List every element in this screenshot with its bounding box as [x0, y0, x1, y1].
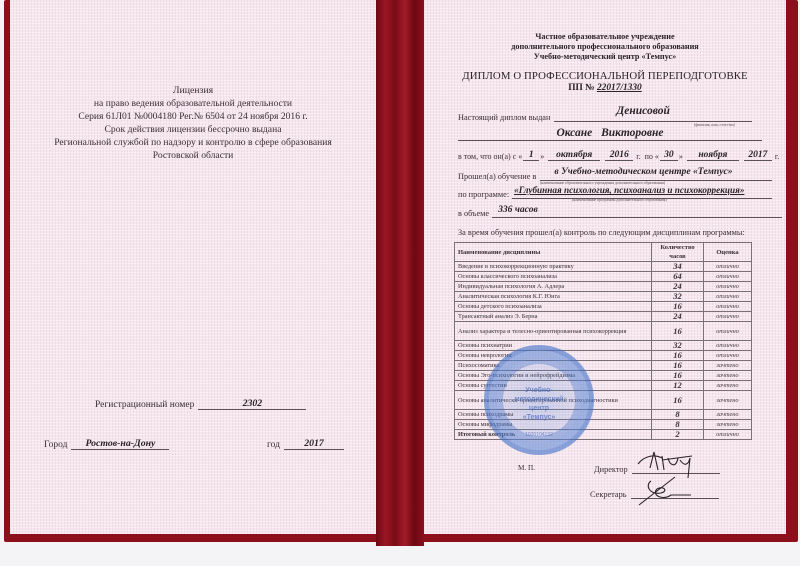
study-place-field: Прошел(а) обучение в в Учебно-методическ…	[458, 168, 772, 181]
city-field: Город Ростов-на-Дону	[44, 438, 169, 450]
table-row: Основы суггестии12зачтено	[455, 381, 752, 391]
diploma-number-value: 22017/1330	[597, 83, 642, 93]
cover-spine	[376, 0, 424, 546]
program-label: по программе:	[458, 190, 509, 199]
discipline-name: Психосоматика	[455, 361, 652, 371]
secretary-label: Секретарь	[590, 490, 627, 499]
table-row: Основы Эго-психологии и нейрофрейдизма16…	[455, 371, 752, 381]
discipline-hours: 34	[652, 262, 704, 272]
volume-value: 336 часов	[498, 204, 538, 215]
institution-line: дополнительного профессионального образо…	[424, 42, 786, 52]
license-info: Лицензия на право ведения образовательно…	[10, 84, 376, 162]
discipline-grade: отлично	[704, 292, 752, 302]
study-line: в Учебно-методическом центре «Темпус»	[540, 168, 772, 181]
to-year: 2017	[744, 150, 772, 161]
table-row: Трансактный анализ Э. Берна24отлично	[455, 312, 752, 322]
institution-line: Частное образовательное учреждение	[424, 32, 786, 42]
disciplines-table-body: Введение в психокоррекционную практику34…	[455, 262, 752, 440]
discipline-name: Аналитическая психология К.Г. Юнга	[455, 292, 652, 302]
diploma-title: ДИПЛОМ О ПРОФЕССИОНАЛЬНОЙ ПЕРЕПОДГОТОВКЕ	[424, 70, 786, 82]
registration-label: Регистрационный номер	[95, 400, 194, 410]
seal-place-label: М. П.	[518, 464, 535, 472]
diploma-number: ПП № 22017/1330	[424, 83, 786, 93]
discipline-grade: отлично	[704, 341, 752, 351]
director-label: Директор	[594, 465, 628, 474]
study-value: в Учебно-методическом центре «Темпус»	[554, 166, 732, 177]
secretary-signature-line	[631, 487, 719, 499]
secretary-signature-icon	[631, 471, 711, 507]
discipline-name: Индивидуальная психология А. Адлера	[455, 282, 652, 292]
discipline-hours: 24	[652, 312, 704, 322]
control-text: За время обучения прошел(а) контроль по …	[458, 228, 745, 237]
discipline-name: Основы аналитически-ориентированной псих…	[455, 391, 652, 410]
discipline-name: Основы детского психоанализа	[455, 302, 652, 312]
header-grade: Оценка	[704, 243, 752, 262]
discipline-grade: отлично	[704, 351, 752, 361]
table-row: Анализ характера и телесно-ориентированн…	[455, 322, 752, 341]
table-row: Основы мифодрамы8зачтено	[455, 420, 752, 430]
registration-number-field: Регистрационный номер 2302	[95, 398, 306, 410]
program-hint: (наименование программы дополнительного …	[572, 198, 667, 202]
discipline-name: Анализ характера и телесно-ориентированн…	[455, 322, 652, 341]
study-label: Прошел(а) обучение в	[458, 172, 536, 181]
table-header-row: Наименование дисциплины Количество часов…	[455, 243, 752, 262]
quote-close: »	[540, 152, 544, 161]
left-page: Лицензия на право ведения образовательно…	[10, 0, 376, 534]
discipline-name: Основы классического психоанализа	[455, 272, 652, 282]
to-prefix: по «	[645, 152, 659, 161]
study-dates: в том, что он(а) с « 1 » октября 2016 г.…	[458, 150, 779, 161]
table-row: Психосоматика16зачтено	[455, 361, 752, 371]
disciplines-table: Наименование дисциплины Количество часов…	[454, 242, 752, 440]
discipline-hours: 16	[652, 391, 704, 410]
discipline-name: Введение в психокоррекционную практику	[455, 262, 652, 272]
license-line: Срок действия лицензии бессрочно выдана	[10, 123, 376, 136]
discipline-grade: отлично	[704, 272, 752, 282]
year-label: год	[267, 440, 280, 450]
year-suffix: г.	[775, 152, 779, 161]
discipline-hours: 8	[652, 420, 704, 430]
discipline-name: Основы Эго-психологии и нейрофрейдизма	[455, 371, 652, 381]
table-row: Основы детского психоанализа16отлично	[455, 302, 752, 312]
institution-line: Учебно-методический центр «Темпус»	[424, 52, 786, 62]
discipline-name: Основы суггестии	[455, 381, 652, 391]
license-line: на право ведения образовательной деятель…	[10, 97, 376, 110]
discipline-hours: 32	[652, 341, 704, 351]
table-row: Основы классического психоанализа64отлич…	[455, 272, 752, 282]
table-row: Основы неврологии16отлично	[455, 351, 752, 361]
discipline-hours: 32	[652, 292, 704, 302]
discipline-grade: зачтено	[704, 420, 752, 430]
discipline-grade: зачтено	[704, 371, 752, 381]
table-row: Основы аналитически-ориентированной псих…	[455, 391, 752, 410]
discipline-grade: отлично	[704, 322, 752, 341]
license-title: Лицензия	[10, 84, 376, 97]
discipline-grade: зачтено	[704, 391, 752, 410]
license-line: Региональной службой по надзору и контро…	[10, 136, 376, 149]
header-discipline: Наименование дисциплины	[455, 243, 652, 262]
issued-line: Денисовой	[554, 108, 752, 122]
discipline-hours: 16	[652, 322, 704, 341]
surname-value: Денисовой	[616, 105, 669, 117]
discipline-hours: 16	[652, 351, 704, 361]
discipline-grade: зачтено	[704, 410, 752, 420]
discipline-hours: 24	[652, 282, 704, 292]
discipline-name: Основы мифодрамы	[455, 420, 652, 430]
discipline-grade: отлично	[704, 302, 752, 312]
year-value: 2017	[284, 438, 344, 450]
volume-field: в объеме 336 часов	[458, 205, 782, 218]
to-month: ноября	[687, 150, 739, 161]
from-month: октября	[548, 150, 600, 161]
given-names-field: Оксане Викторовне	[458, 125, 762, 141]
discipline-hours: 16	[652, 302, 704, 312]
table-row: Основы психодрамы8зачтено	[455, 410, 752, 420]
table-row: Индивидуальная психология А. Адлера24отл…	[455, 282, 752, 292]
discipline-name: Трансактный анализ Э. Берна	[455, 312, 652, 322]
right-page: Частное образовательное учреждение допол…	[424, 0, 786, 534]
to-day: 30	[660, 150, 678, 161]
volume-line: 336 часов	[492, 205, 782, 218]
secretary-signature-field: Секретарь	[590, 487, 719, 499]
from-year: 2016	[605, 150, 633, 161]
quote-close: »	[679, 152, 683, 161]
volume-label: в объеме	[458, 209, 489, 218]
table-row: Итоговый контроль2отлично	[455, 430, 752, 440]
program-value: «Глубинная психология, психоанализ и пси…	[514, 185, 744, 195]
discipline-hours: 64	[652, 272, 704, 282]
discipline-hours: 8	[652, 410, 704, 420]
issued-to-field: Настоящий диплом выдан Денисовой	[458, 108, 752, 122]
discipline-grade: отлично	[704, 282, 752, 292]
registration-value: 2302	[198, 398, 306, 410]
license-line: Ростовской области	[10, 149, 376, 162]
discipline-hours: 16	[652, 371, 704, 381]
discipline-grade: отлично	[704, 262, 752, 272]
given-names-value: Оксане Викторовне	[556, 127, 663, 139]
year-suffix: г.	[636, 152, 640, 161]
institution-header: Частное образовательное учреждение допол…	[424, 32, 786, 62]
discipline-name: Основы психиатрии	[455, 341, 652, 351]
table-row: Введение в психокоррекционную практику34…	[455, 262, 752, 272]
dates-prefix: в том, что он(а) с «	[458, 152, 522, 161]
discipline-hours: 12	[652, 381, 704, 391]
header-hours: Количество часов	[652, 243, 704, 262]
city-label: Город	[44, 440, 67, 450]
discipline-grade: отлично	[704, 430, 752, 440]
discipline-name: Основы неврологии	[455, 351, 652, 361]
issued-label: Настоящий диплом выдан	[458, 113, 550, 122]
discipline-name: Итоговый контроль	[455, 430, 652, 440]
city-value: Ростов-на-Дону	[71, 438, 169, 450]
license-line: Серия 61Л01 №0004180 Рег.№ 6504 от 24 но…	[10, 110, 376, 123]
discipline-hours: 2	[652, 430, 704, 440]
discipline-hours: 16	[652, 361, 704, 371]
discipline-grade: зачтено	[704, 381, 752, 391]
table-row: Аналитическая психология К.Г. Юнга32отли…	[455, 292, 752, 302]
discipline-name: Основы психодрамы	[455, 410, 652, 420]
discipline-grade: отлично	[704, 312, 752, 322]
from-day: 1	[523, 150, 539, 161]
table-row: Основы психиатрии32отлично	[455, 341, 752, 351]
year-field: год 2017	[267, 438, 344, 450]
diploma-number-prefix: ПП №	[568, 83, 594, 93]
discipline-grade: зачтено	[704, 361, 752, 371]
